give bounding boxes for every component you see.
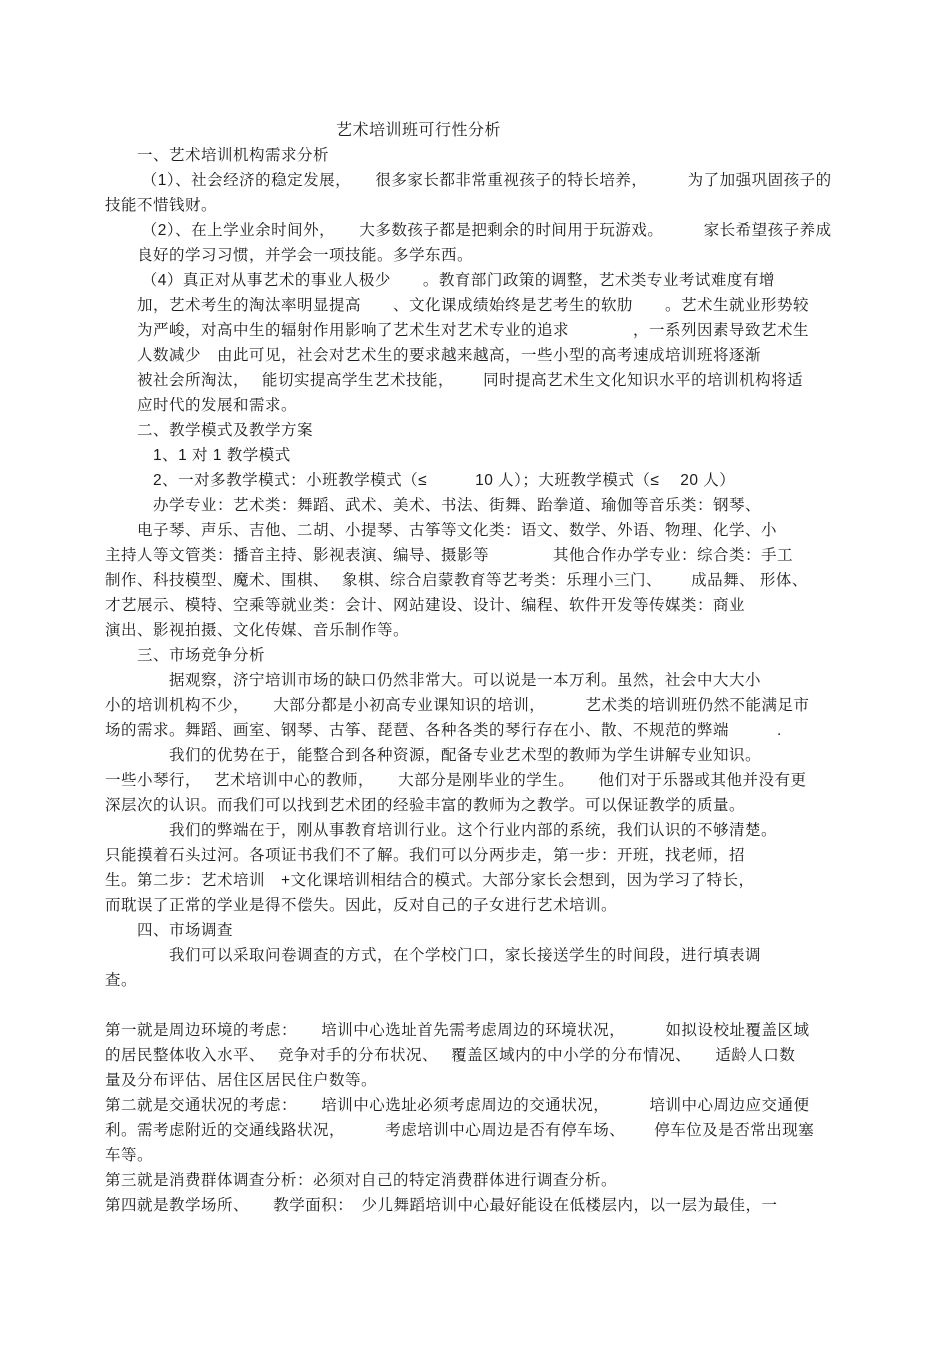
- text-line: 而耽误了正常的学业是得不偿失。因此，反对自己的子女进行艺术培训。: [105, 893, 845, 918]
- text-line: 人数减少 由此可见，社会对艺术生的要求越来越高，一些小型的高考速成培训班将逐渐: [105, 343, 845, 368]
- text-line: 深层次的认识。而我们可以找到艺术团的经验丰富的教师为之教学。可以保证教学的质量。: [105, 793, 845, 818]
- text-line: （2）、在上学业余时间外， 大多数孩子都是把剩余的时间用于玩游戏。 家长希望孩子…: [105, 218, 845, 243]
- text-line: 2、一对多教学模式：小班教学模式（≤ 10 人）；大班教学模式（≤ 20 人）: [105, 468, 845, 493]
- text-line: 一、艺术培训机构需求分析: [105, 143, 845, 168]
- text-line: 利。需考虑附近的交通线路状况， 考虑培训中心周边是否有停车场、 停车位及是否常出…: [105, 1118, 845, 1143]
- text-line: 为严峻，对高中生的辐射作用影响了艺术生对艺术专业的追求 ，一系列因素导致艺术生: [105, 318, 845, 343]
- text-line: 主持人等文管类：播音主持、影视表演、编导、摄影等 其他合作办学专业：综合类：手工: [105, 543, 845, 568]
- text-line: 才艺展示、模特、空乘等就业类：会计、网站建设、设计、编程、软件开发等传媒类：商业: [105, 593, 845, 618]
- text-line: 生。第二步：艺术培训 +文化课培训相结合的模式。大部分家长会想到，因为学习了特长…: [105, 868, 845, 893]
- text-line: 被社会所淘汰， 能切实提高学生艺术技能， 同时提高艺术生文化知识水平的培训机构将…: [105, 368, 845, 393]
- text-line: 应时代的发展和需求。: [105, 393, 845, 418]
- text-line: 第二就是交通状况的考虑： 培训中心选址必须考虑周边的交通状况， 培训中心周边应交…: [105, 1093, 845, 1118]
- text-line: 小的培训机构不少， 大部分都是小初高专业课知识的培训， 艺术类的培训班仍然不能满…: [105, 693, 845, 718]
- text-line: 第一就是周边环境的考虑： 培训中心选址首先需考虑周边的环境状况， 如拟设校址覆盖…: [105, 1018, 845, 1043]
- text-line: （1）、社会经济的稳定发展， 很多家长都非常重视孩子的特长培养， 为了加强巩固孩…: [105, 168, 845, 193]
- text-line: 的居民整体收入水平、 竞争对手的分布状况、 覆盖区域内的中小学的分布情况、 适龄…: [105, 1043, 845, 1068]
- text-line: （4）真正对从事艺术的事业人极少 。教育部门政策的调整，艺术类专业考试难度有增: [105, 268, 845, 293]
- text-line: 加，艺术考生的淘汰率明显提高 、文化课成绩始终是艺考生的软肋 。艺术生就业形势较: [105, 293, 845, 318]
- text-line: 我们的优势在于，能整合到各种资源，配备专业艺术型的教师为学生讲解专业知识。: [105, 743, 845, 768]
- text-line: 场的需求。舞蹈、画室、钢琴、古筝、琵琶、各种各类的琴行存在小、散、不规范的弊端 …: [105, 718, 845, 743]
- text-line: 四、市场调查: [105, 918, 845, 943]
- document-title: 艺术培训班可行性分析: [105, 118, 845, 143]
- text-line: 第四就是教学场所、 教学面积： 少儿舞蹈培训中心最好能设在低楼层内，以一层为最佳…: [105, 1193, 845, 1218]
- text-line: 技能不惜钱财。: [105, 193, 845, 218]
- text-line: 三、市场竞争分析: [105, 643, 845, 668]
- text-line: 我们可以采取问卷调查的方式，在个学校门口，家长接送学生的时间段，进行填表调: [105, 943, 845, 968]
- text-line: 我们的弊端在于，刚从事教育培训行业。这个行业内部的系统，我们认识的不够清楚。: [105, 818, 845, 843]
- text-line: 制作、科技模型、魔术、围棋、 象棋、综合启蒙教育等艺考类：乐理小三门、 成品舞、…: [105, 568, 845, 593]
- document-content: 艺术培训班可行性分析 一、艺术培训机构需求分析 （1）、社会经济的稳定发展， 很…: [105, 118, 845, 1218]
- text-line: 良好的学习习惯，并学会一项技能。多学东西。: [105, 243, 845, 268]
- text-line: 第三就是消费群体调查分析：必须对自己的特定消费群体进行调查分析。: [105, 1168, 845, 1193]
- text-line: 一些小琴行， 艺术培训中心的教师， 大部分是刚毕业的学生。 他们对于乐器或其他并…: [105, 768, 845, 793]
- text-line: 1、1 对 1 教学模式: [105, 443, 845, 468]
- text-line: 车等。: [105, 1143, 845, 1168]
- text-line: 量及分布评估、居住区居民住户数等。: [105, 1068, 845, 1093]
- text-line: 电子琴、声乐、吉他、二胡、小提琴、古筝等文化类：语文、数学、外语、物理、化学、小: [105, 518, 845, 543]
- text-line: 只能摸着石头过河。各项证书我们不了解。我们可以分两步走，第一步：开班，找老师，招: [105, 843, 845, 868]
- text-line: 演出、影视拍摄、文化传媒、音乐制作等。: [105, 618, 845, 643]
- text-line: 二、教学模式及教学方案: [105, 418, 845, 443]
- text-line: [105, 993, 845, 1018]
- document-page: 艺术培训班可行性分析 一、艺术培训机构需求分析 （1）、社会经济的稳定发展， 很…: [0, 0, 950, 1345]
- text-line: 据观察，济宁培训市场的缺口仍然非常大。可以说是一本万利。虽然，社会中大大小: [105, 668, 845, 693]
- text-line: 查。: [105, 968, 845, 993]
- text-line: 办学专业：艺术类：舞蹈、武术、美术、书法、街舞、跆拳道、瑜伽等音乐类：钢琴、: [105, 493, 845, 518]
